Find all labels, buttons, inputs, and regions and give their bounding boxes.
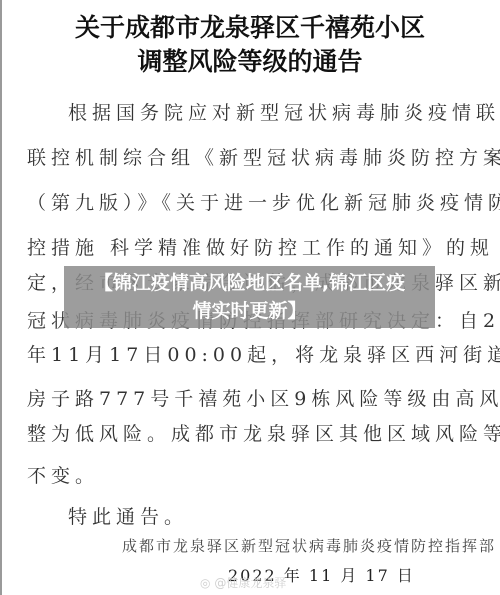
document-title-line1: 关于成都市龙泉驿区千禧苑小区 bbox=[0, 8, 500, 44]
body-line: 房子路777号千禧苑小区9栋风险等级由高风险调 bbox=[27, 384, 477, 411]
watermark-text: @健康龙泉驿 bbox=[214, 576, 286, 590]
caption-line2: 情实时更新】 bbox=[64, 297, 435, 325]
left-border bbox=[0, 0, 2, 595]
body-line: 控措施 科学精准做好防控工作的通知》的规 bbox=[27, 233, 477, 260]
closing-line: 特此通告。 bbox=[68, 502, 500, 529]
body-line: 年11月17日00:00起，将龙泉驿区西河街道林家老 bbox=[27, 340, 477, 367]
watermark: ◎ @健康龙泉驿 bbox=[200, 574, 286, 591]
caption-overlay: 【锦江疫情高风险地区名单,锦江区疫 情实时更新】 bbox=[64, 266, 435, 328]
body-line: 整为低风险。成都市龙泉驿区其他区域风险等级 bbox=[27, 419, 477, 446]
body-line: （第九版）》《关于进一步优化新冠肺炎疫情防 bbox=[27, 188, 477, 215]
document-title-line2: 调整风险等级的通告 bbox=[0, 42, 500, 78]
body-line: 联控机制综合组《新型冠状病毒肺炎防控方案 bbox=[27, 143, 477, 170]
signature-org: 成都市龙泉驿区新型冠状病毒肺炎疫情防控指挥部 bbox=[122, 535, 496, 556]
body-line: 不变。 bbox=[27, 461, 477, 488]
weibo-icon: ◎ bbox=[200, 576, 210, 590]
caption-line1: 【锦江疫情高风险地区名单,锦江区疫 bbox=[64, 269, 435, 297]
body-line: 根据国务院应对新型冠状病毒肺炎疫情联防 bbox=[68, 98, 500, 125]
